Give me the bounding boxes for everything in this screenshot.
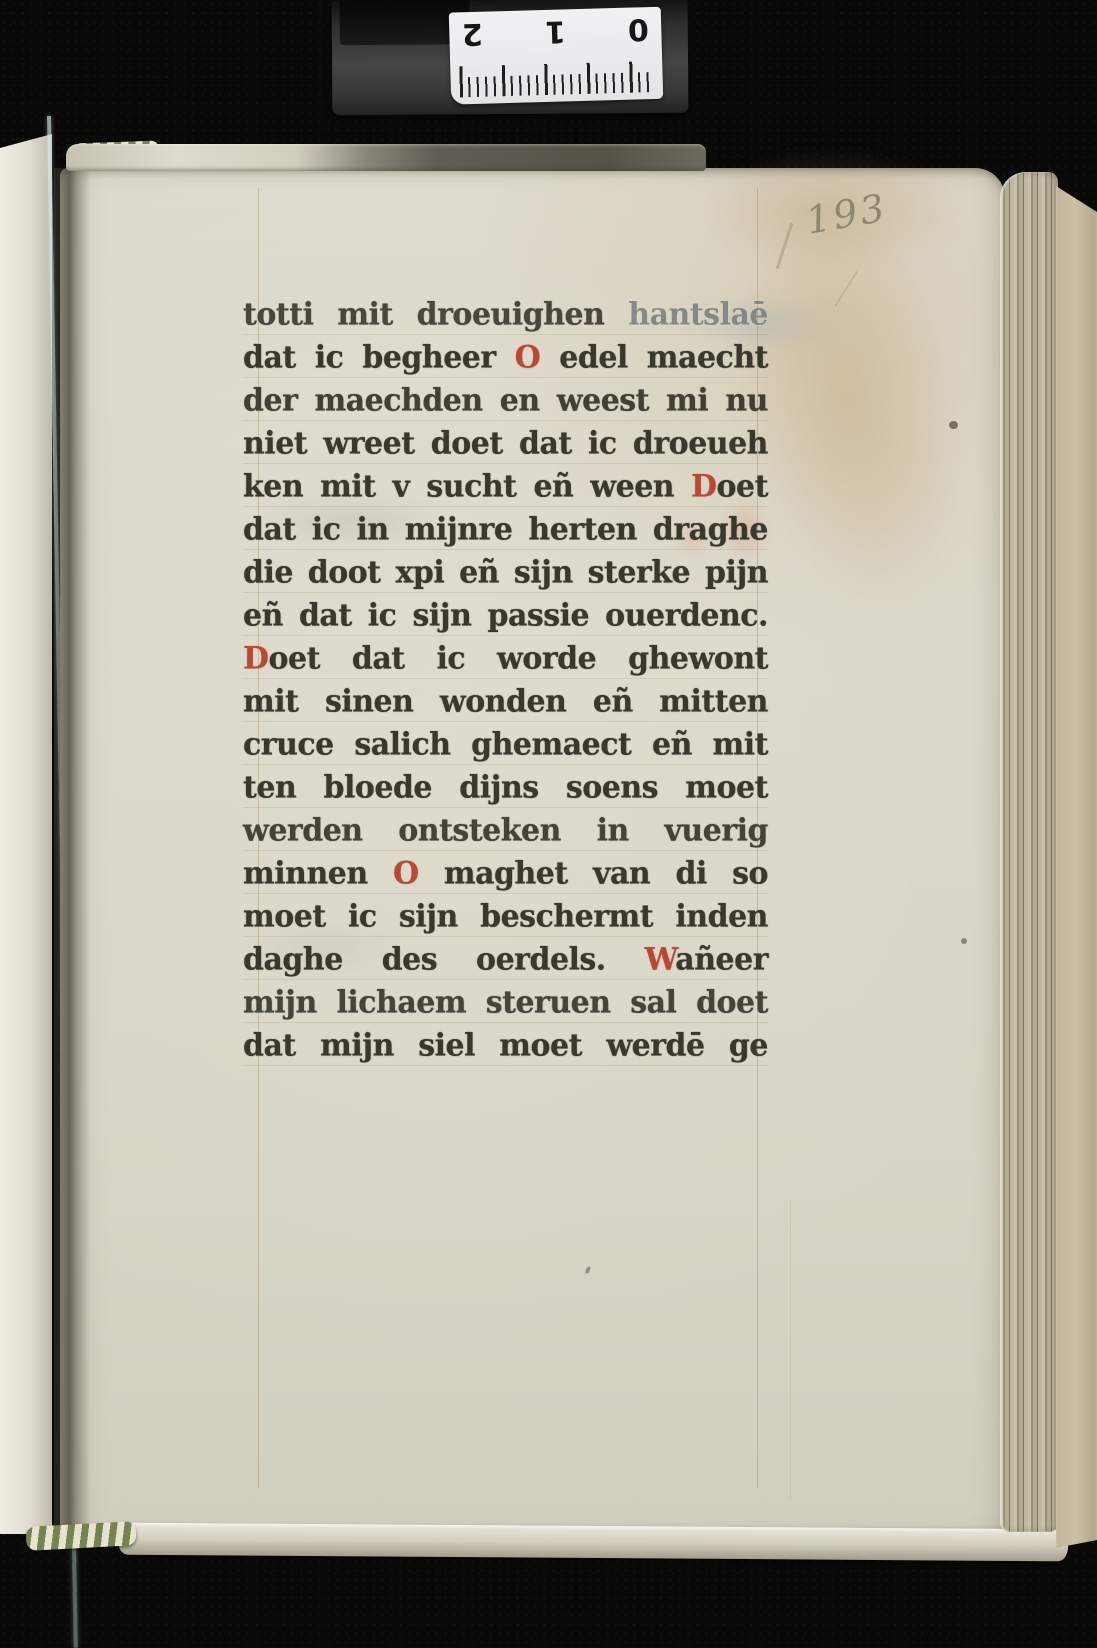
facing-page-edge <box>0 134 52 1534</box>
ruler-number: 0 <box>621 11 656 47</box>
manuscript-line: mit sinen wonden eñ mitten <box>243 679 768 724</box>
manuscript-text: oet <box>717 468 768 504</box>
ruler-scale: 2 1 0 <box>449 7 663 105</box>
manuscript-text: edel maecht <box>540 339 768 375</box>
manuscript-text: totti mit droeuighen <box>243 296 628 332</box>
rubricated-initial: D <box>691 468 717 504</box>
manuscript-line: moet ic sijn beschermt inden <box>243 894 768 939</box>
manuscript-text: der maechden en weest mi nu <box>243 382 768 418</box>
manuscript-text: maghet van di so <box>419 855 768 891</box>
manuscript-text: minnen <box>243 855 393 891</box>
rubricated-initial: O <box>515 339 541 375</box>
manuscript-text: dat ic in mijnre herten draghe <box>243 511 768 547</box>
ruler-number: 1 <box>538 13 573 49</box>
manuscript-text: dat mijn siel moet werdē ge <box>243 1027 768 1063</box>
manuscript-line: die doot xpi eñ sijn sterke pijn <box>243 550 768 595</box>
back-cover-edge <box>1056 170 1097 1548</box>
manuscript-line: niet wreet doet dat ic droeueh <box>243 421 768 466</box>
rubricated-initial: D <box>243 640 269 676</box>
dark-speck <box>949 421 958 429</box>
dark-speck <box>961 938 967 944</box>
manuscript-text: oet dat ic worde ghewont <box>269 640 768 676</box>
manuscript-text: werden ontsteken in vuerig <box>243 812 768 848</box>
ruling-line-margin <box>790 1200 791 1500</box>
manuscript-text: mijn lichaem steruen sal doet <box>243 984 768 1020</box>
manuscript-line: Doet dat ic worde ghewont <box>243 636 768 681</box>
manuscript-line: minnen O maghet van di so <box>243 851 768 896</box>
page-bottom-rolled-edge <box>118 1523 1068 1562</box>
manuscript-line: totti mit droeuighen hantslaē <box>243 292 768 337</box>
text-block: totti mit droeuighen hantslaēdat ic begh… <box>243 293 768 1067</box>
manuscript-line: daghe des oerdels. Wañeer <box>243 937 768 982</box>
manuscript-line: dat ic begheer O edel maecht <box>243 335 768 380</box>
manuscript-line: ten bloede dijns soens moet <box>243 765 768 810</box>
manuscript-line: dat ic in mijnre herten draghe <box>243 507 768 552</box>
manuscript-line: mijn lichaem steruen sal doet <box>243 980 768 1025</box>
fore-edge-page-stack <box>1000 172 1058 1532</box>
manuscript-text: cruce salich ghemaect eñ mit <box>243 726 768 762</box>
manuscript-text: die doot xpi eñ sijn sterke pijn <box>243 554 768 590</box>
gutter-shadow <box>54 168 90 1536</box>
manuscript-text: daghe des oerdels. <box>243 941 645 977</box>
ruler-tab: 2 1 0 <box>332 0 689 115</box>
manuscript-text: niet wreet doet dat ic droeueh <box>243 425 768 461</box>
manuscript-text: mit sinen wonden eñ mitten <box>243 683 768 719</box>
ruler-ticks-minor <box>460 72 654 97</box>
manuscript-line: cruce salich ghemaect eñ mit <box>243 722 768 767</box>
manuscript-line: der maechden en weest mi nu <box>243 378 768 423</box>
ruler-number: 2 <box>455 16 490 52</box>
manuscript-line: ken mit v sucht eñ ween Doet <box>243 464 768 509</box>
page-top-rolled-edge <box>66 144 706 171</box>
manuscript-text: ten bloede dijns soens moet <box>243 769 768 805</box>
manuscript-text: hantslaē <box>628 296 768 332</box>
manuscript-photo: 193 totti mit droeuighen hantslaēdat ic … <box>0 0 1097 1648</box>
manuscript-text: moet ic sijn beschermt inden <box>243 898 768 934</box>
manuscript-line: werden ontsteken in vuerig <box>243 808 768 853</box>
manuscript-text: ken mit v sucht eñ ween <box>243 468 691 504</box>
manuscript-text: dat ic begheer <box>243 339 515 375</box>
rubricated-initial: W <box>645 941 676 977</box>
manuscript-text: añeer <box>675 941 768 977</box>
manuscript-text: eñ dat ic sijn passie ouerdenc. <box>243 597 768 633</box>
rubricated-initial: O <box>393 855 419 891</box>
manuscript-line: eñ dat ic sijn passie ouerdenc. <box>243 593 768 638</box>
manuscript-line: dat mijn siel moet werdē ge <box>243 1023 768 1068</box>
